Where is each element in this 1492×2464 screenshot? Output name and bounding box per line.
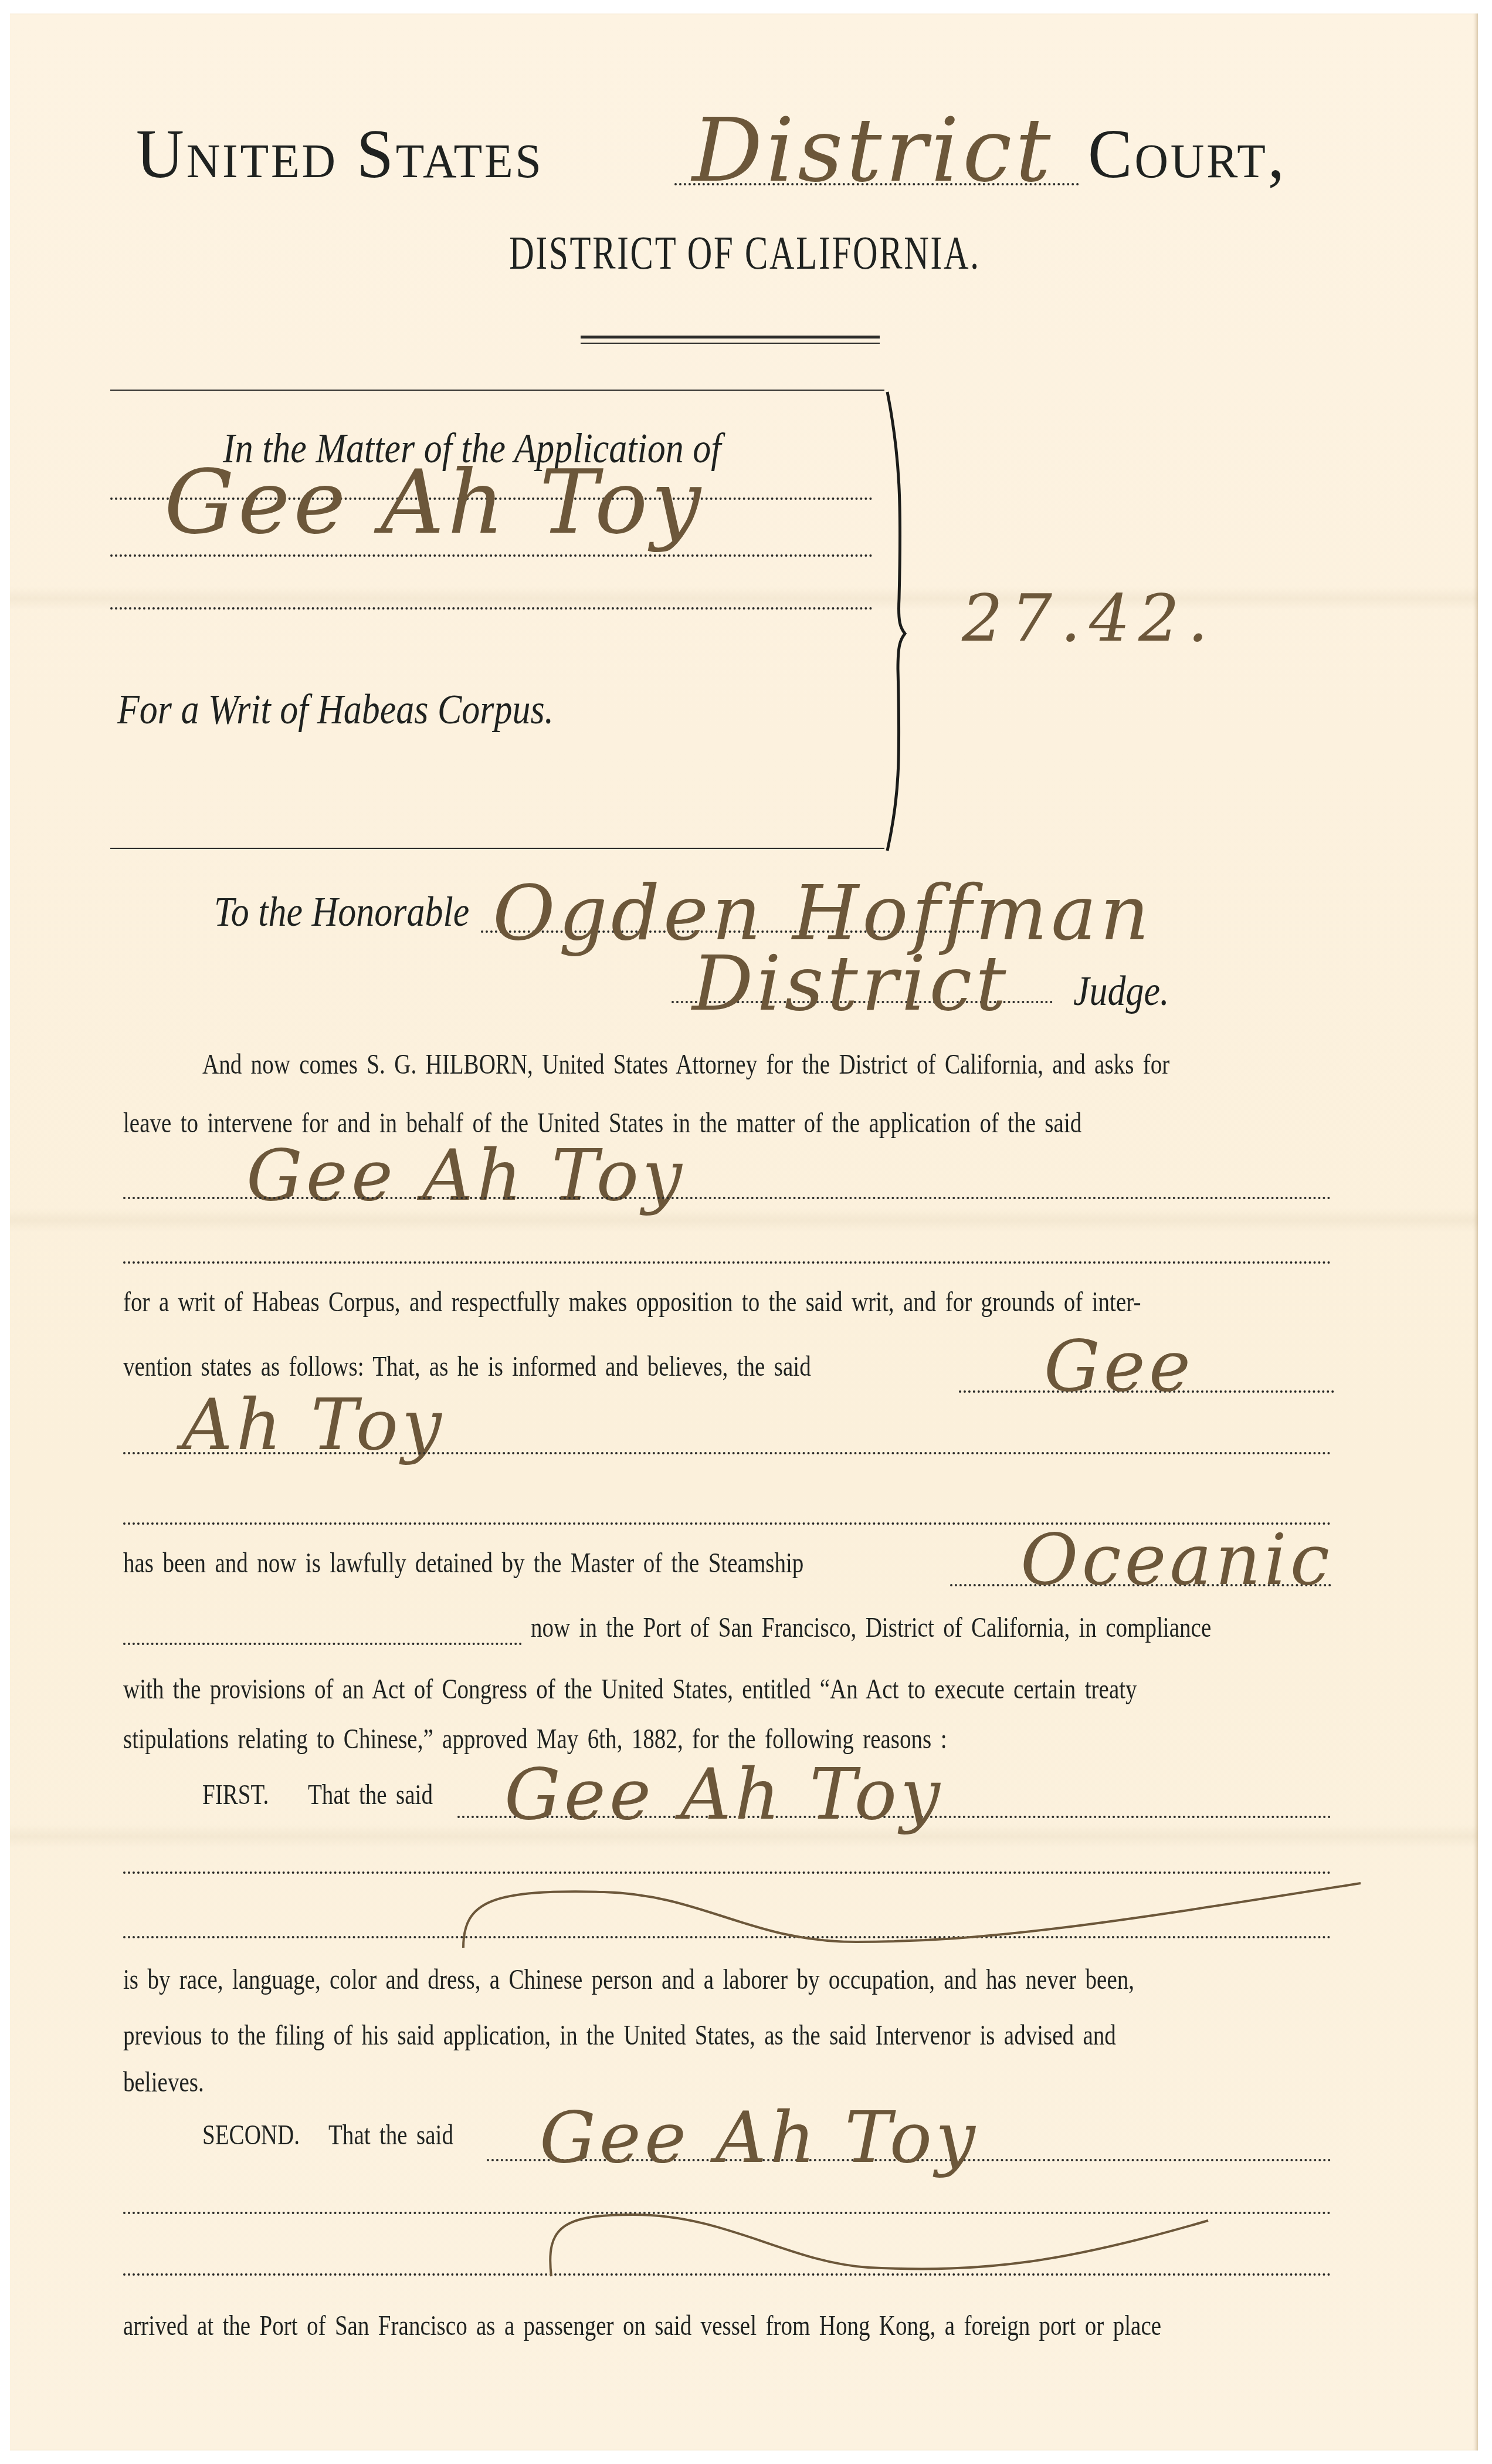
address-suffix: Judge. <box>1073 967 1169 1016</box>
body-line: arrived at the Port of San Francisco as … <box>123 2309 1161 2343</box>
caption-box-top-rule <box>110 390 884 391</box>
first-label: FIRST. <box>202 1778 269 1812</box>
handwritten-flourish <box>457 1877 1372 1954</box>
fill-line <box>123 1643 522 1645</box>
steamship-name-handwritten: Oceanic <box>1020 1519 1333 1601</box>
district-subtitle: DISTRICT OF CALIFORNIA. <box>459 226 1030 281</box>
applicant-name-handwritten: Gee Ah Toy <box>164 452 704 554</box>
applicant-name-handwritten: Gee Ah Toy <box>540 2097 979 2179</box>
court-title-prefix: United States <box>136 114 544 194</box>
applicant-name-handwritten: Gee Ah Toy <box>504 1754 944 1836</box>
writ-label: For a Writ of Habeas Corpus. <box>117 686 554 734</box>
caption-bracket <box>883 387 918 857</box>
body-line: now in the Port of San Francisco, Distri… <box>531 1611 1211 1644</box>
header-rule-thin <box>581 343 880 344</box>
court-title-suffix: Court, <box>1088 114 1287 194</box>
body-line: previous to the filing of his said appli… <box>123 2019 1116 2052</box>
caption-box-bottom-rule <box>110 848 884 849</box>
fill-line <box>123 1452 1331 1454</box>
body-line: And now comes S. G. HILBORN, United Stat… <box>202 1048 1169 1081</box>
body-line: believes. <box>123 2066 204 2099</box>
handwritten-flourish <box>540 2203 1243 2279</box>
applicant-line-3 <box>110 607 873 610</box>
body-line: vention states as follows: That, as he i… <box>123 1350 811 1383</box>
body-line: has been and now is lawfully detained by… <box>123 1546 803 1580</box>
case-number-handwritten: 27.42. <box>962 581 1216 656</box>
second-label: SECOND. <box>202 2118 300 2152</box>
header-rule-thick <box>581 336 880 339</box>
court-type-handwritten: District <box>692 100 1054 202</box>
body-line: is by race, language, color and dress, a… <box>123 1963 1134 1996</box>
applicant-name-handwritten: Gee Ah Toy <box>246 1135 686 1217</box>
applicant-name-part1-handwritten: Gee <box>1044 1326 1194 1407</box>
applicant-line-2 <box>110 554 873 557</box>
fill-line <box>123 1871 1331 1874</box>
second-prefix: That the said <box>328 2118 453 2152</box>
fill-line <box>123 1197 1331 1199</box>
fill-line <box>123 1261 1331 1264</box>
body-line: for a writ of Habeas Corpus, and respect… <box>123 1285 1141 1319</box>
first-prefix: That the said <box>308 1778 433 1812</box>
body-line: stipulations relating to Chinese,” appro… <box>123 1722 947 1756</box>
document-page <box>10 13 1478 2451</box>
court-fill-handwritten: District <box>692 939 1010 1028</box>
address-prefix: To the Honorable <box>214 888 469 936</box>
body-line: with the provisions of an Act of Congres… <box>123 1673 1137 1706</box>
